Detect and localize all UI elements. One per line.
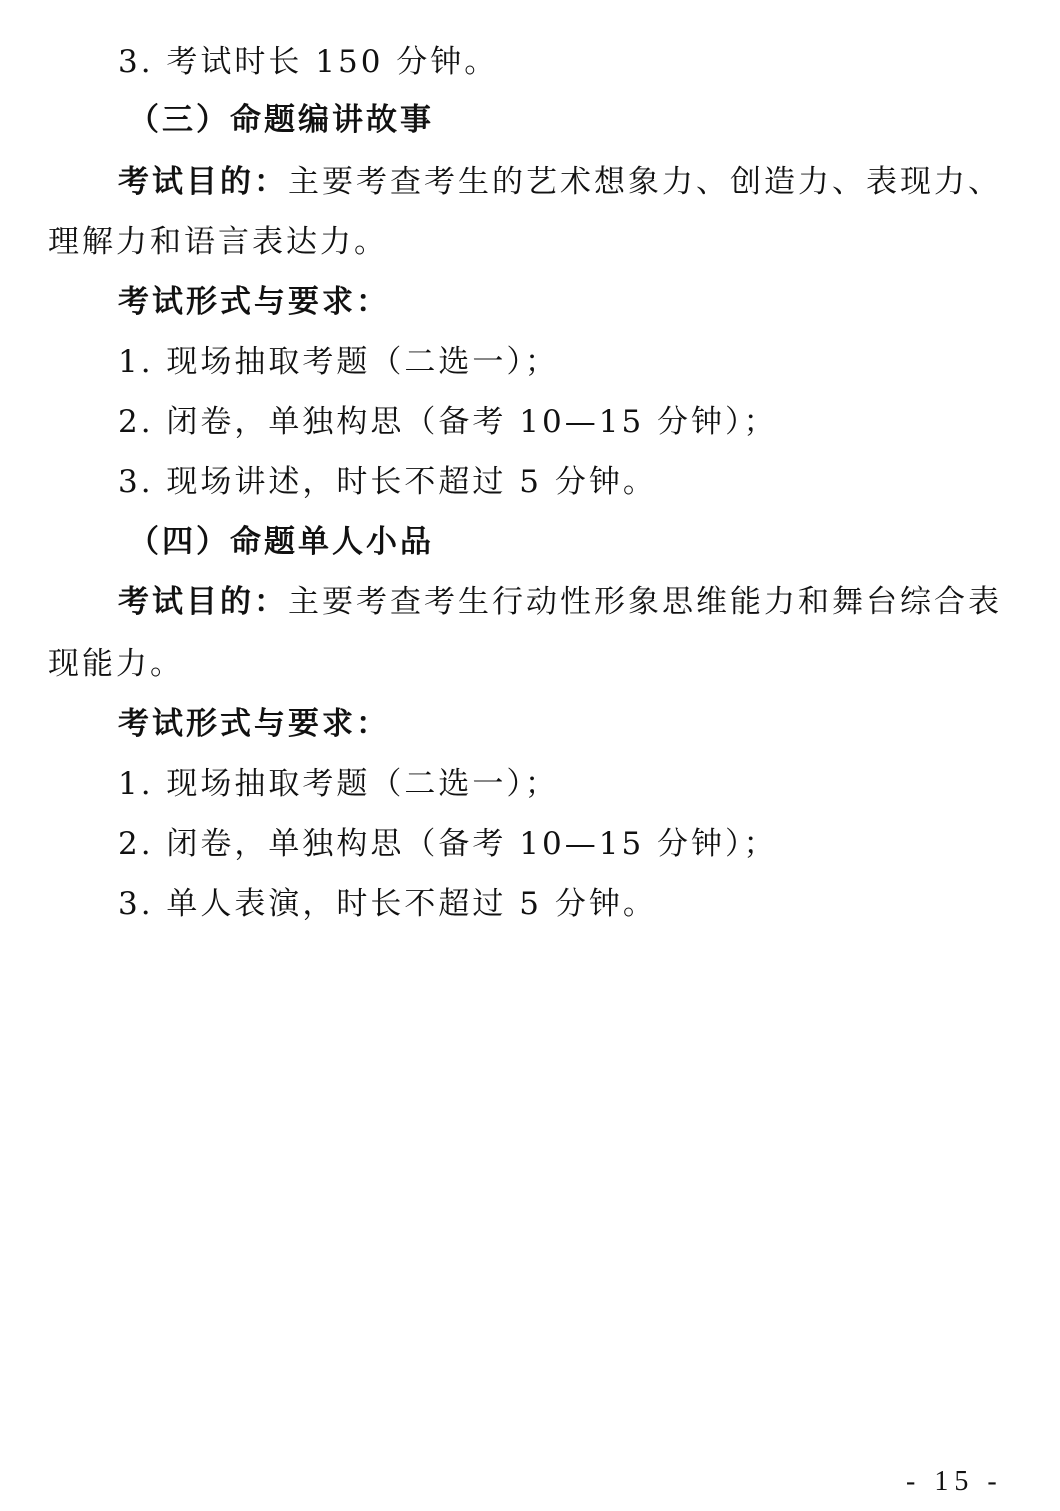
exam-purpose-continuation: 理解力和语言表达力。 bbox=[48, 222, 388, 262]
requirement-item-3-b: 3. 单人表演，时长不超过 5 分钟。 bbox=[118, 884, 657, 924]
page-number: - 15 - bbox=[906, 1464, 1003, 1500]
exam-purpose-paragraph: 考试目的：主要考查考生的艺术想象力、创造力、表现力、 bbox=[118, 162, 1002, 202]
exam-duration-item: 3. 考试时长 150 分钟。 bbox=[118, 42, 498, 82]
requirement-item-1: 1. 现场抽取考题（二选一）； bbox=[118, 342, 559, 382]
requirement-item-3: 3. 现场讲述，时长不超过 5 分钟。 bbox=[118, 462, 657, 502]
requirement-item-2-b: 2. 闭卷，单独构思（备考 10—15 分钟）； bbox=[118, 824, 778, 864]
requirement-item-2: 2. 闭卷，单独构思（备考 10—15 分钟）； bbox=[118, 402, 778, 442]
requirement-item-1-b: 1. 现场抽取考题（二选一）； bbox=[118, 764, 559, 804]
exam-purpose-text: 主要考查考生的艺术想象力、创造力、表现力、 bbox=[288, 164, 1002, 200]
exam-format-label: 考试形式与要求： bbox=[118, 282, 390, 322]
exam-purpose-continuation-2: 现能力。 bbox=[48, 644, 184, 684]
exam-format-label-2: 考试形式与要求： bbox=[118, 704, 390, 744]
section-heading-story-telling: （三）命题编讲故事 bbox=[128, 100, 434, 140]
exam-purpose-label: 考试目的： bbox=[118, 164, 288, 200]
exam-purpose-paragraph-2: 考试目的：主要考查考生行动性形象思维能力和舞台综合表 bbox=[118, 582, 1002, 622]
section-heading-solo-sketch: （四）命题单人小品 bbox=[128, 522, 434, 562]
exam-purpose-text-2: 主要考查考生行动性形象思维能力和舞台综合表 bbox=[288, 584, 1002, 620]
exam-purpose-label-2: 考试目的： bbox=[118, 584, 288, 620]
